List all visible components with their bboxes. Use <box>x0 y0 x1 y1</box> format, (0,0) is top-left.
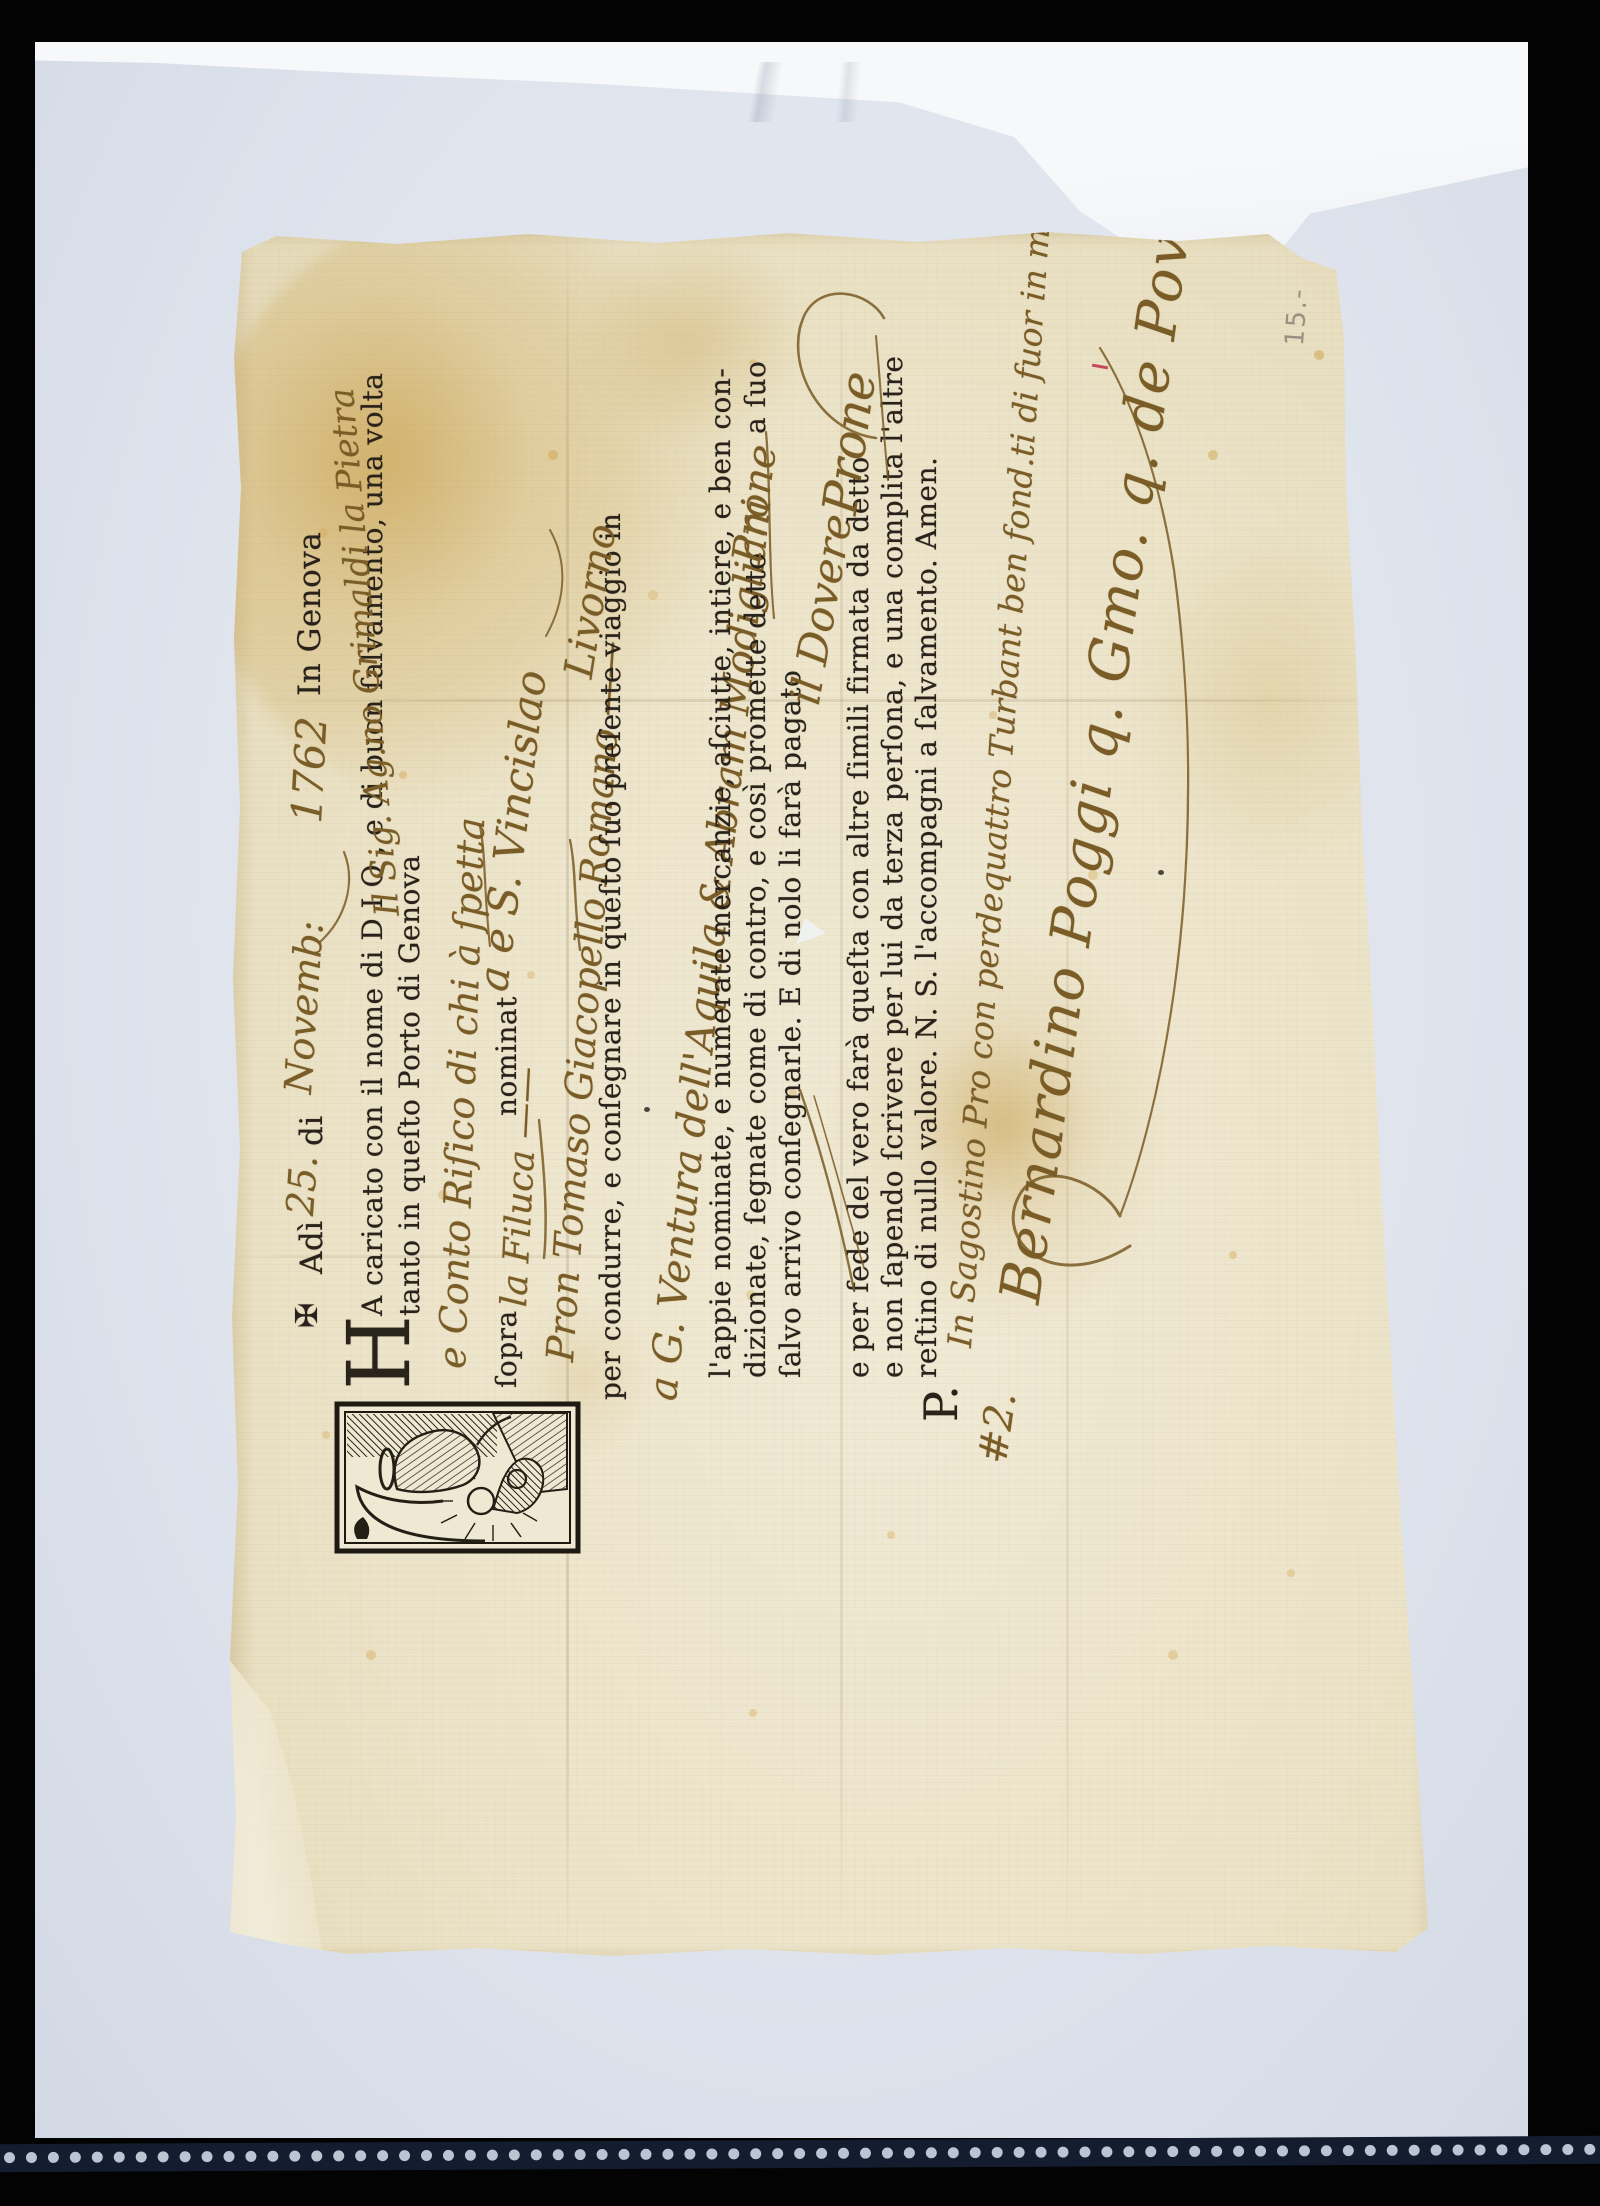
binding-stitches <box>4 2144 1596 2163</box>
document: ✠ Adì 25. di Novemb: 1762 In Genova H A … <box>228 230 1432 1958</box>
sheet-fold <box>560 62 980 122</box>
ink-flourishes <box>228 230 1432 1958</box>
album-binding-strip <box>0 2136 1600 2172</box>
ink-speck <box>644 1107 650 1112</box>
pencil-price-mark: 15.- <box>1280 286 1314 347</box>
photo-frame: ✠ Adì 25. di Novemb: 1762 In Genova H A … <box>0 0 1600 2206</box>
ink-speck <box>1158 870 1164 875</box>
